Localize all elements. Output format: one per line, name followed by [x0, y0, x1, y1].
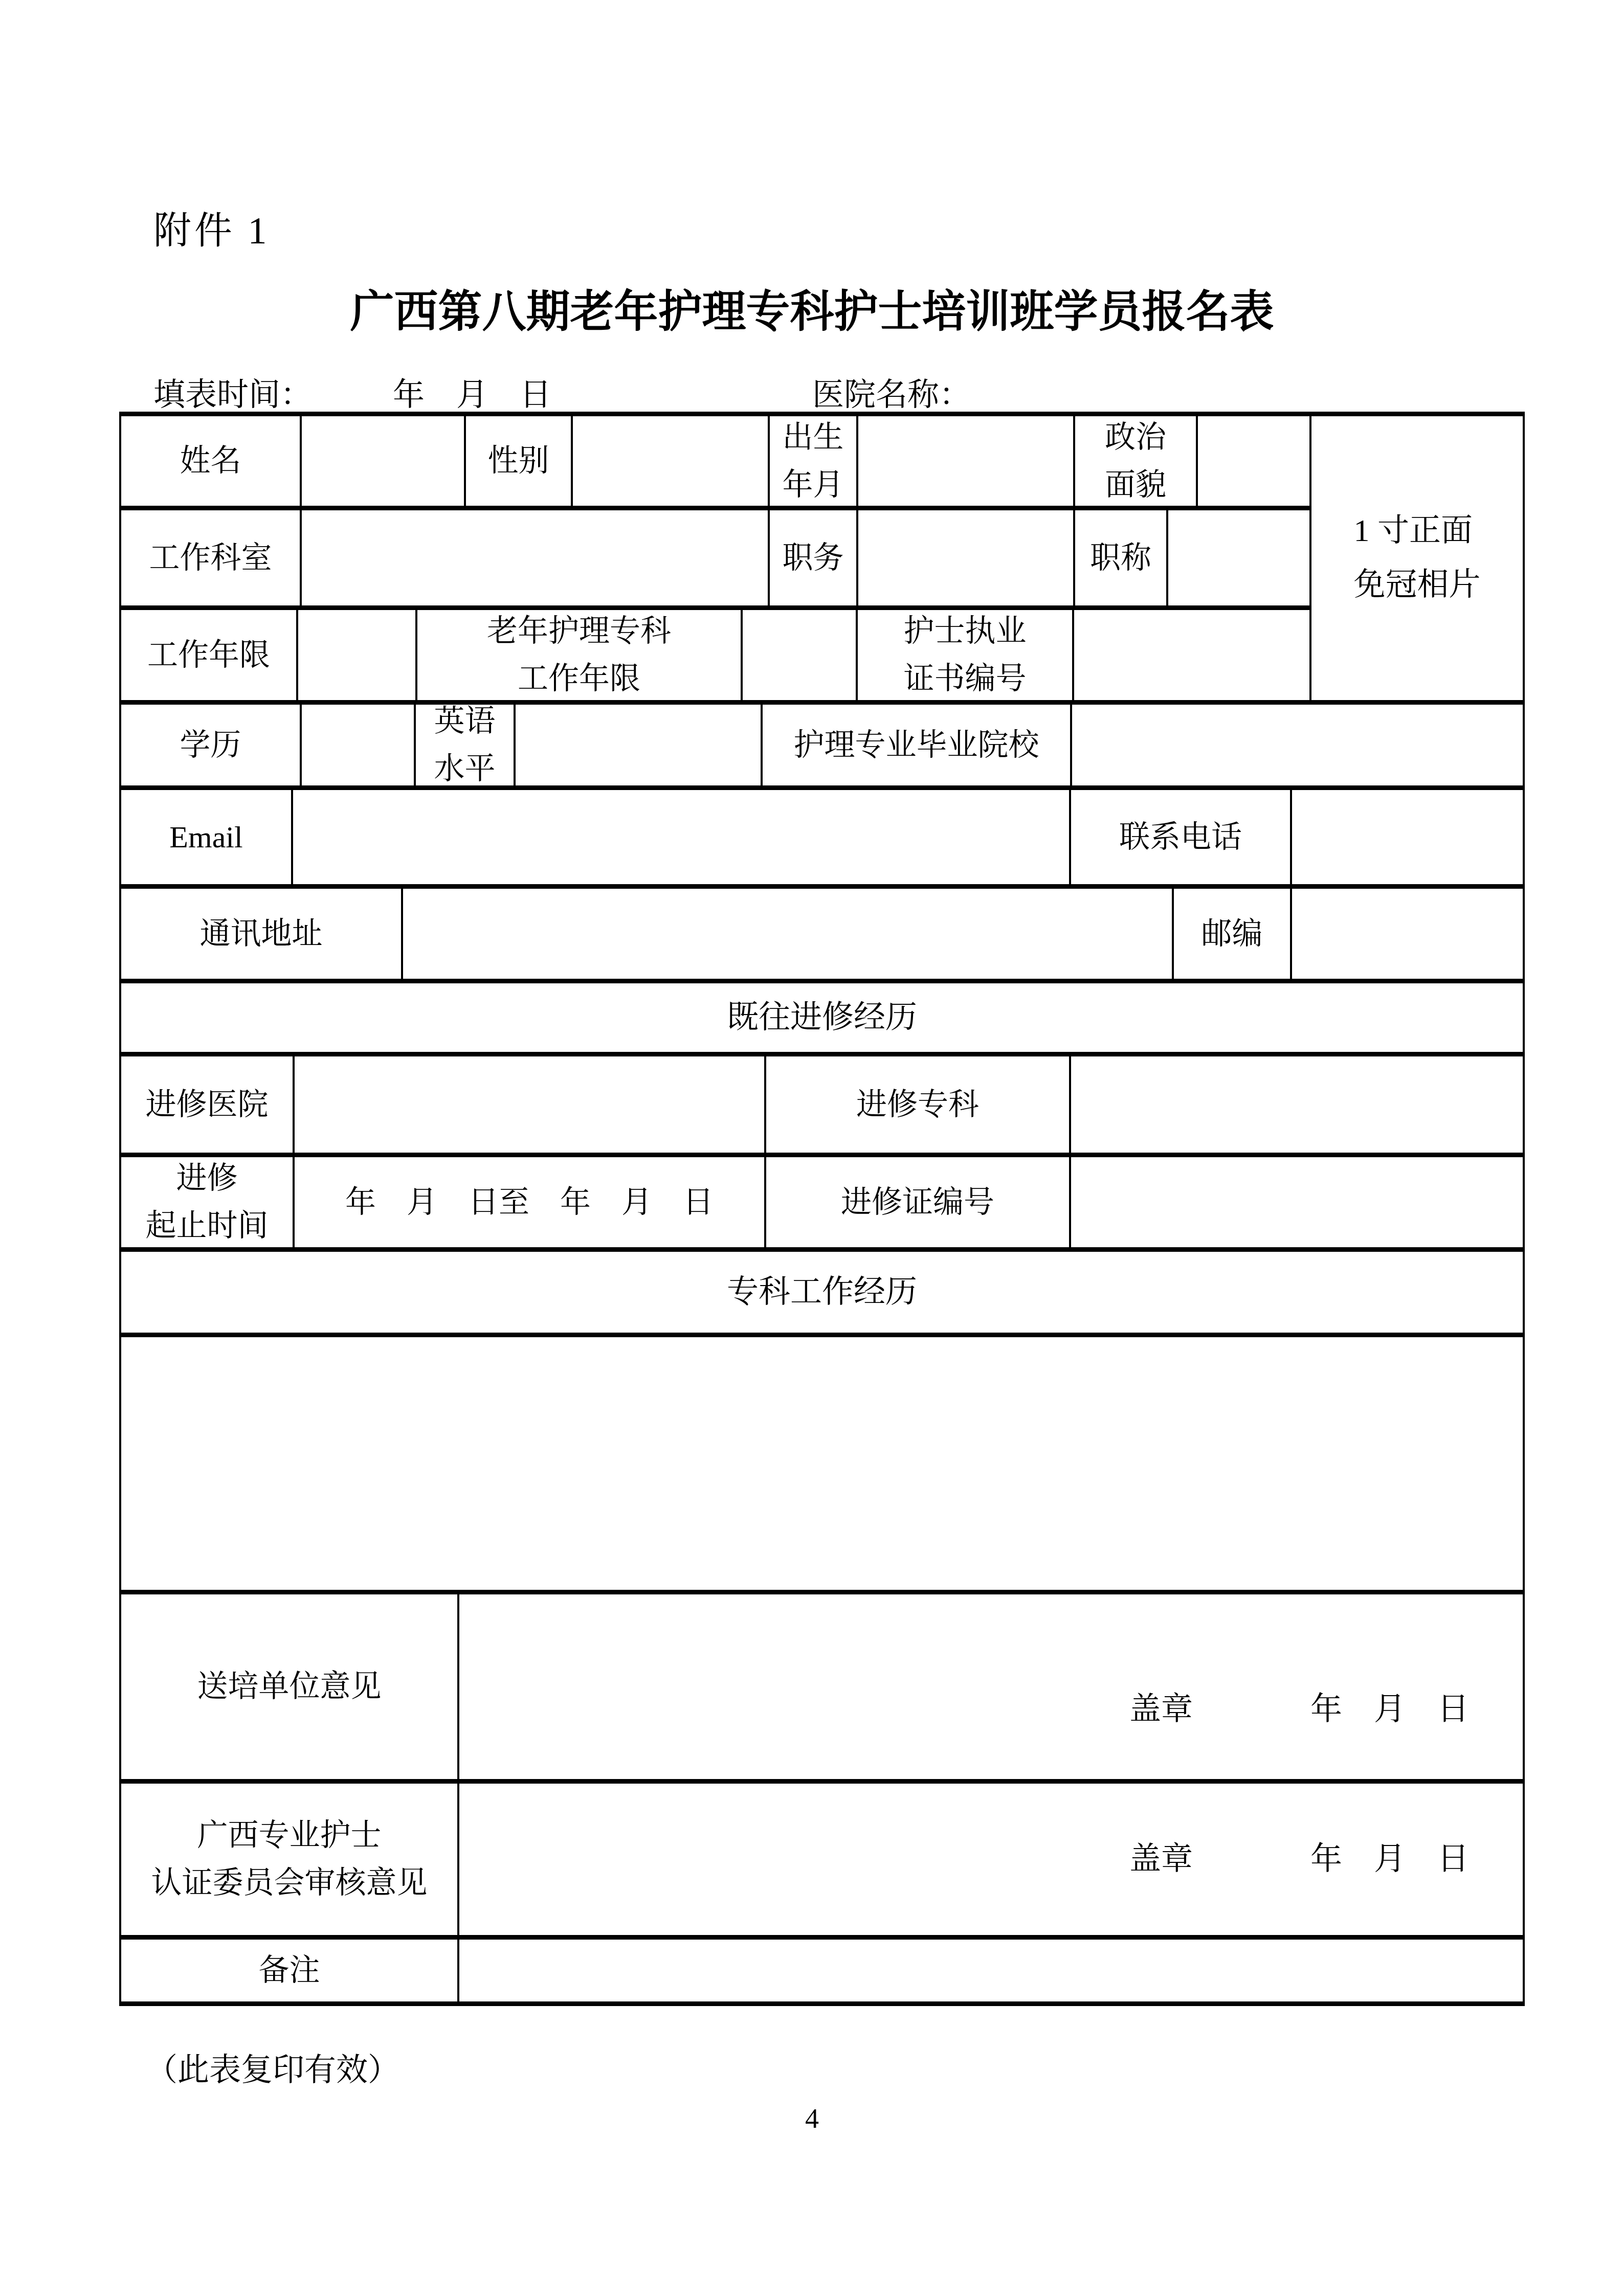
phone-field [1290, 790, 1523, 884]
stamp-date: 年 月 日 [1310, 1842, 1469, 1877]
gender-field [571, 416, 768, 506]
professional-title-label: 职称 [1073, 510, 1166, 605]
name-field [300, 416, 464, 506]
birth-field [856, 416, 1073, 506]
specialty-experience-field [121, 1337, 1523, 1590]
name-label: 姓名 [121, 416, 300, 506]
email-field [291, 790, 1069, 884]
training-period-field: 年 月 日至 年 月 日 [293, 1157, 764, 1247]
committee-opinion-label: 广西专业护士 认证委员会审核意见 [121, 1784, 457, 1935]
address-label: 通讯地址 [121, 889, 401, 979]
row-name: 姓名 性别 出生 年月 政治 面貌 [121, 416, 1309, 506]
department-label: 工作科室 [121, 510, 300, 605]
work-years-label: 工作年限 [121, 610, 296, 700]
remarks-field [457, 1940, 1523, 2001]
registration-form-table: 姓名 性别 出生 年月 政治 面貌 工作科室 职务 职称 工作年限 老年 [119, 412, 1525, 2006]
education-label: 学历 [121, 705, 300, 785]
row-training-hospital: 进修医院 进修专科 [121, 1052, 1523, 1153]
stamp-label: 盖章 [1129, 1842, 1193, 1877]
row-email: Email 联系电话 [121, 785, 1523, 884]
row-address: 通讯地址 邮编 [121, 884, 1523, 979]
committee-stamp-line: 盖章年 月 日 [1129, 1835, 1469, 1884]
training-cert-field [1069, 1157, 1523, 1247]
form-title: 广西第八期老年护理专科护士培训班学员报名表 [0, 276, 1624, 340]
gender-label: 性别 [464, 416, 571, 506]
sending-unit-opinion-field: 盖章年 月 日 [457, 1594, 1523, 1779]
political-status-label: 政治 面貌 [1073, 416, 1196, 506]
professional-title-field [1166, 510, 1309, 605]
row-past-training-header: 既往进修经历 [121, 979, 1523, 1052]
address-field [401, 889, 1172, 979]
nursing-school-label: 护理专业毕业院校 [761, 705, 1070, 785]
sending-unit-stamp-line: 盖章年 月 日 [1129, 1685, 1469, 1734]
specialty-experience-header: 专科工作经历 [121, 1252, 1523, 1333]
stamp-label: 盖章 [1129, 1692, 1193, 1727]
training-hospital-field [293, 1056, 764, 1153]
english-level-label: 英语 水平 [414, 705, 514, 785]
training-specialty-field [1069, 1056, 1523, 1153]
stamp-date: 年 月 日 [1310, 1692, 1469, 1727]
nurse-cert-label: 护士执业 证书编号 [856, 610, 1072, 700]
nursing-school-field [1070, 705, 1523, 785]
form-header-line: 填表时间： 年 月 日 医院名称： [0, 369, 1624, 415]
work-years-field [296, 610, 415, 700]
fill-time-label: 填表时间： [153, 369, 312, 415]
postcode-field [1290, 889, 1523, 979]
row-committee-opinion: 广西专业护士 认证委员会审核意见 盖章年 月 日 [121, 1779, 1523, 1935]
row-education: 学历 英语 水平 护理专业毕业院校 [121, 700, 1523, 785]
row-work-years: 工作年限 老年护理专科 工作年限 护士执业 证书编号 [121, 605, 1309, 700]
row-training-period: 进修 起止时间 年 月 日至 年 月 日 进修证编号 [121, 1153, 1523, 1247]
phone-label: 联系电话 [1069, 790, 1290, 884]
photo-placeholder: 1 寸正面 免冠相片 [1309, 416, 1523, 700]
duty-label: 职务 [768, 510, 856, 605]
row-specialty-experience-blank [121, 1333, 1523, 1590]
training-period-label: 进修 起止时间 [121, 1157, 293, 1247]
postcode-label: 邮编 [1172, 889, 1290, 979]
geriatric-years-label: 老年护理专科 工作年限 [415, 610, 741, 700]
birth-label: 出生 年月 [768, 416, 856, 506]
nurse-cert-field [1072, 610, 1309, 700]
email-label: Email [121, 790, 291, 884]
committee-opinion-field: 盖章年 月 日 [457, 1784, 1523, 1935]
row-specialty-header: 专科工作经历 [121, 1247, 1523, 1333]
political-status-field [1196, 416, 1309, 506]
duty-field [856, 510, 1073, 605]
education-field [300, 705, 414, 785]
fill-time-value: 年 月 日 [393, 369, 551, 415]
page-number: 4 [0, 2103, 1624, 2134]
row-remarks: 备注 [121, 1935, 1523, 2001]
department-field [300, 510, 768, 605]
english-level-field [514, 705, 761, 785]
attachment-label: 附件 1 [153, 200, 270, 255]
personal-info-block: 姓名 性别 出生 年月 政治 面貌 工作科室 职务 职称 工作年限 老年 [121, 416, 1523, 700]
remarks-label: 备注 [121, 1940, 457, 2001]
training-hospital-label: 进修医院 [121, 1056, 293, 1153]
row-sending-unit-opinion: 送培单位意见 盖章年 月 日 [121, 1590, 1523, 1779]
hospital-name-label: 医院名称： [812, 369, 971, 415]
row-department: 工作科室 职务 职称 [121, 506, 1309, 605]
geriatric-years-field [741, 610, 856, 700]
training-cert-label: 进修证编号 [764, 1157, 1069, 1247]
past-training-header: 既往进修经历 [121, 983, 1523, 1052]
sending-unit-opinion-label: 送培单位意见 [121, 1594, 457, 1779]
training-specialty-label: 进修专科 [764, 1056, 1069, 1153]
copy-valid-note: （此表复印有效） [146, 2044, 399, 2090]
